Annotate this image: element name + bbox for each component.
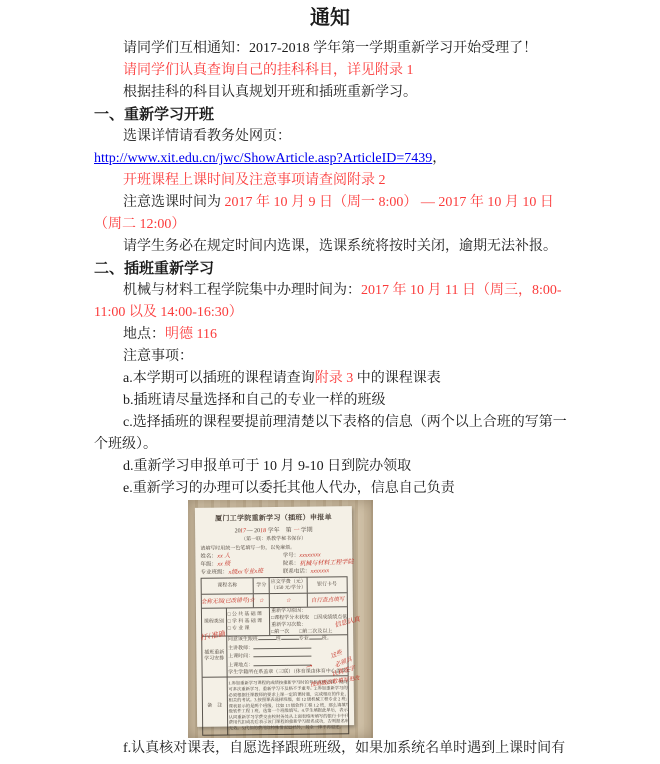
header-fee: 应交学费（元）（150 元/学分） bbox=[270, 578, 308, 593]
arrangement-label-line2: 学习安排 bbox=[204, 657, 224, 663]
form-table: 课程名称 学分 应交学费（元）（150 元/学分） 银行卡号 全称无误(已改错号… bbox=[201, 576, 350, 736]
arrangement-row: 插班重新学习安排 同意该生跟班班专业班。 主讲教师： 上课时间： 上课地点： 学… bbox=[202, 634, 347, 677]
office-time-red-end: 11:00 以及 14:00-16:30） bbox=[94, 305, 243, 320]
check-subjects-paragraph: 请同学们认真查询自己的挂科科目，详见附录 1 bbox=[94, 60, 566, 82]
intro-paragraph: 请同学们互相通知：2017-2018 学年第一学期重新学习开始受理了！ bbox=[94, 38, 566, 60]
place-label: 地点： bbox=[123, 327, 165, 342]
appendix2-paragraph: 开班课程上课时间及注意事项请查阅附录 2 bbox=[94, 170, 566, 192]
hw-course-note: 全称无误(已改错号)☆ bbox=[200, 597, 254, 605]
student-id-label: 学号： bbox=[283, 553, 300, 559]
note-c-paragraph: c.选择插班的课程要提前理清楚以下表格的信息（两个以上合班的写第一个班级）。 bbox=[94, 412, 566, 456]
place-paragraph: 地点：明德 116 bbox=[94, 324, 566, 346]
handwritten-course-row: 全称无误(已改错号)☆ ☆ ☆ 自行查点填写 bbox=[202, 592, 347, 608]
student-id-value-handwritten: xxxxxxxx bbox=[299, 551, 321, 560]
section-heading-open-class: 一、重新学习开班 bbox=[94, 104, 566, 126]
header-credit: 学分 bbox=[254, 578, 270, 593]
selection-time-range-end: （周二 12:00） bbox=[94, 217, 185, 232]
checkbox-major: □ 专 业 课 bbox=[228, 625, 250, 632]
link-suffix-comma: ， bbox=[432, 151, 446, 166]
class-value-handwritten: x级xx专业x班 bbox=[228, 568, 263, 577]
year-handwritten-2: 18 bbox=[260, 528, 266, 534]
teacher-label: 主讲教师： bbox=[228, 646, 253, 651]
selection-time-range: 2017 年 10 月 9 日（周一 8:00） — 2017 年 10 月 1… bbox=[225, 195, 554, 210]
field-row-3: 专业班级：x级xx专业x班 联系电话：xxxxxxx bbox=[200, 567, 347, 577]
note-a-prefix: a.本学期可以插班的课程请查询 bbox=[123, 371, 315, 386]
hw-credit-note: ☆ bbox=[259, 598, 264, 604]
class-time-label: 上课时间： bbox=[228, 654, 253, 659]
office-time-prefix: 机械与材料工程学院集中办理时间为： bbox=[123, 283, 361, 298]
year-handwritten-1: 17 bbox=[240, 528, 246, 534]
phone-value-handwritten: xxxxxxx bbox=[310, 567, 329, 576]
note-a-paragraph: a.本学期可以插班的课程请查询附录 3 中的课程课表 bbox=[94, 368, 566, 390]
class-place-label: 上课地点： bbox=[228, 663, 253, 668]
grade-value-handwritten: xx 级 bbox=[217, 560, 230, 568]
department-label: 院系： bbox=[283, 561, 300, 567]
notice-document: 通知 请同学们互相通知：2017-2018 学年第一学期重新学习开始受理了！ 请… bbox=[0, 0, 660, 760]
page-title: 通知 bbox=[94, 5, 566, 31]
agree-text: 同意该生跟班 bbox=[228, 637, 258, 642]
form-year-line: 2017— 2018 学年 第 一 学期 bbox=[200, 524, 347, 535]
hw-fee-note: ☆ bbox=[286, 597, 291, 603]
note-c-line2: 个班级）。 bbox=[94, 437, 157, 452]
note-a-suffix: 中的课程课表 bbox=[353, 371, 441, 386]
application-form-paper: 厦门工学院重新学习（插班）申报单 2017— 2018 学年 第 一 学期 （第… bbox=[195, 506, 354, 727]
application-form-photo: 厦门工学院重新学习（插班）申报单 2017— 2018 学年 第 一 学期 （第… bbox=[188, 500, 373, 738]
remark-label: 备 注 bbox=[203, 677, 228, 734]
note-f-paragraph: f.认真核对课表，自愿选择跟班班级，如果加系统名单时遇到上课时间有 bbox=[94, 738, 566, 760]
class-label: 专业班级： bbox=[201, 569, 229, 575]
remark-line: 无效。5.代扣的费用除特殊情况退档外，其余一律不再退还。 bbox=[229, 724, 344, 731]
term-handwritten: 一 bbox=[293, 525, 299, 534]
notes-title-paragraph: 注意事项： bbox=[94, 346, 566, 368]
detail-paragraph: 选课详情请看教务处网页： bbox=[94, 126, 566, 148]
place-value: 明德 116 bbox=[165, 327, 217, 342]
note-e-paragraph: e.重新学习的办理可以委托其他人代办，信息自己负责 bbox=[94, 478, 566, 500]
agree-major: 专业 bbox=[299, 637, 309, 642]
section-heading-insert-class: 二、插班重新学习 bbox=[94, 258, 566, 280]
year-mid: — 20 bbox=[247, 528, 261, 534]
note-c-line1: c.选择插班的课程要提前理清楚以下表格的信息（两个以上合班的写第一 bbox=[123, 415, 567, 430]
hw-card-note: 自行查点填写 bbox=[310, 596, 344, 603]
form-title: 厦门工学院重新学习（插班）申报单 bbox=[200, 512, 347, 524]
year-post: 学年 第 bbox=[266, 528, 293, 534]
category-options: □ 公 共 基 础 课 □ 学 科 基 础 课 □ 专 业 课 bbox=[227, 608, 271, 635]
header-fee-line2: （150 元/学分） bbox=[271, 585, 306, 591]
name-label: 姓名： bbox=[200, 554, 217, 560]
header-course-name: 课程名称 bbox=[202, 578, 254, 594]
selection-time-paragraph: 注意选课时间为 2017 年 10 月 9 日（周一 8:00） — 2017 … bbox=[94, 192, 566, 236]
arrangement-label: 插班重新学习安排 bbox=[202, 637, 227, 677]
phone-label: 联系电话： bbox=[283, 569, 311, 575]
note-a-appendix3: 附录 3 bbox=[315, 371, 354, 386]
link-paragraph: http://www.xit.edu.cn/jwc/ShowArticle.as… bbox=[94, 148, 566, 170]
office-time-red: 2017 年 10 月 11 日（周三，8:00- bbox=[361, 283, 562, 298]
jwc-article-link[interactable]: http://www.xit.edu.cn/jwc/ShowArticle.as… bbox=[94, 151, 432, 166]
plan-paragraph: 根据挂科的科目认真规划开班和插班重新学习。 bbox=[94, 82, 566, 104]
header-bank-card: 银行卡号 bbox=[307, 577, 346, 592]
note-b-paragraph: b.插班请尽量选择和自己的专业一样的班级 bbox=[94, 390, 566, 412]
deadline-paragraph: 请学生务必在规定时间内选课，选课系统将按时关闭，逾期无法补报。 bbox=[94, 236, 566, 258]
selection-time-prefix: 注意选课时间为 bbox=[123, 195, 225, 210]
agree-class2: 班。 bbox=[322, 637, 332, 642]
form-fields: 姓名：xx 人 学号：xxxxxxxx 年级：xx 级 院系：机械与材料工程学院… bbox=[200, 551, 347, 577]
year-end: 学期 bbox=[299, 528, 313, 534]
form-copy-line: （第一联：系教学秘书保存） bbox=[200, 534, 347, 543]
note-d-paragraph: d.重新学习申报单可于 10 月 9-10 日到院办领取 bbox=[94, 456, 566, 478]
office-time-paragraph: 机械与材料工程学院集中办理时间为：2017 年 10 月 11 日（周三，8:0… bbox=[94, 280, 566, 324]
grade-label: 年级： bbox=[200, 562, 217, 568]
table-header-row: 课程名称 学分 应交学费（元）（150 元/学分） 银行卡号 bbox=[202, 577, 347, 594]
